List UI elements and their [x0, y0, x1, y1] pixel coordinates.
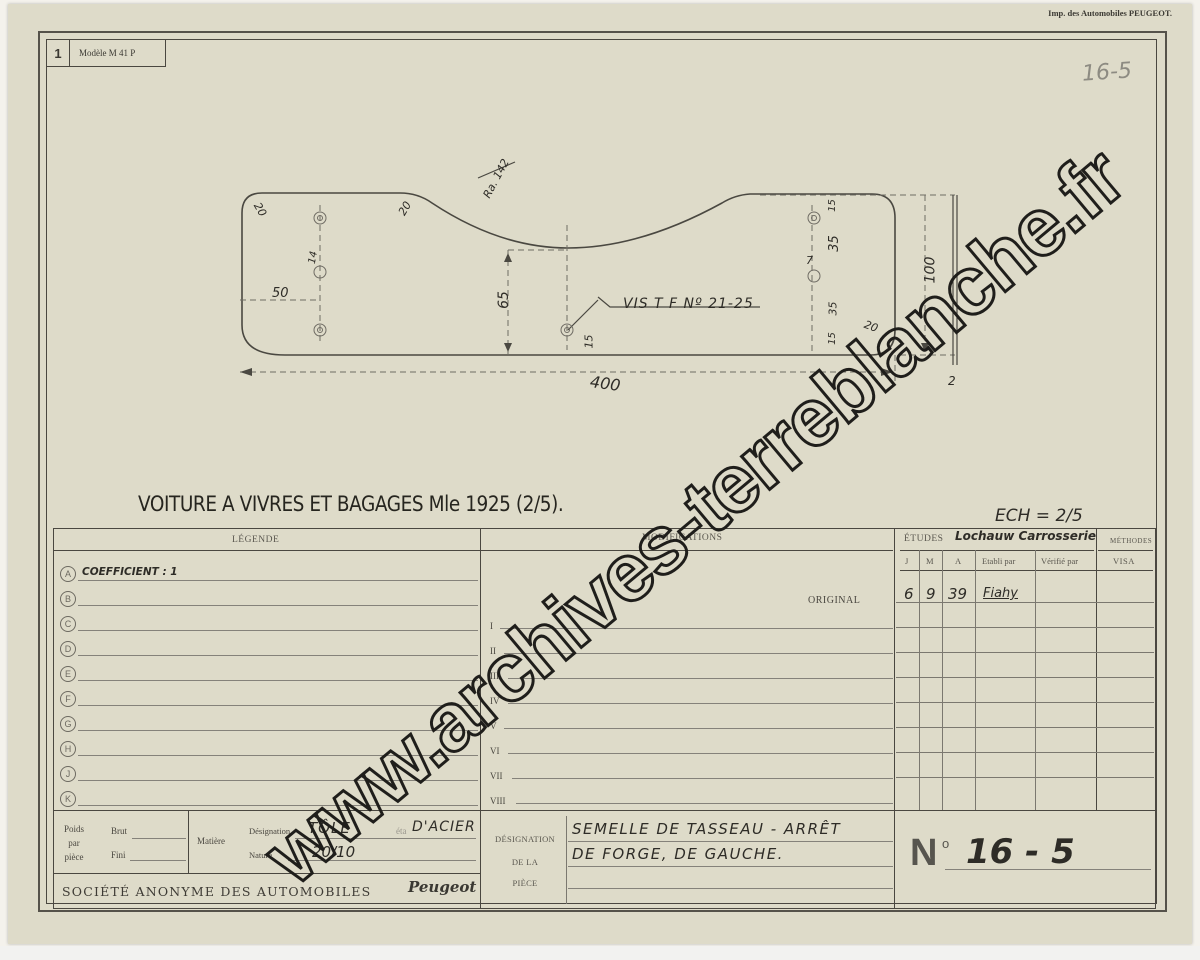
legende-row-k: K	[60, 789, 76, 809]
legende-row-g: G	[60, 714, 76, 734]
col-header-etabli: Etabli par	[982, 556, 1015, 566]
piece-line	[568, 841, 893, 842]
legende-line	[78, 680, 478, 681]
modification-row-8: VIII	[490, 796, 506, 806]
fini-field[interactable]	[130, 860, 186, 861]
legende-letter: J	[60, 766, 76, 782]
dim-center-hole: 15	[583, 335, 596, 349]
legende-letter: E	[60, 666, 76, 682]
piece-brace	[566, 816, 567, 904]
etudes-row-line	[896, 752, 1154, 753]
legende-letter: B	[60, 591, 76, 607]
matiere-label: Matière	[197, 836, 225, 846]
etudes-row-line	[896, 702, 1154, 703]
part-drawing	[0, 0, 1200, 960]
legende-row-h: H	[60, 739, 76, 759]
piece-name-line-1[interactable]: SEMELLE DE TASSEAU - ARRÊT	[572, 820, 841, 838]
part-number-degree: o	[942, 836, 949, 851]
legende-line	[78, 655, 478, 656]
legende-letter: H	[60, 741, 76, 757]
piece-line	[568, 866, 893, 867]
table-bottom-border	[53, 908, 1156, 909]
poids-label: Poids par pièce	[62, 822, 86, 864]
modification-row-7: VII	[490, 771, 503, 781]
entry-month[interactable]: 9	[926, 585, 936, 603]
etudes-department: Lochauw Carrosserie	[955, 529, 1096, 543]
dim-hole-edge-top: 15	[827, 199, 838, 212]
methodes-header-divider	[1098, 550, 1153, 551]
brut-field[interactable]	[132, 838, 186, 839]
screw-note: VIS T F Nº 21-25	[623, 296, 754, 312]
col-header-a: A	[955, 556, 962, 566]
brand-logo: Peugeot	[408, 878, 476, 896]
legende-value-a[interactable]: COEFFICIENT : 1	[82, 566, 178, 578]
legende-row-c: C	[60, 614, 76, 634]
col-header-m: M	[926, 556, 934, 566]
col-header-verifie: Vérifié par	[1041, 556, 1078, 566]
original-label: ORIGINAL	[808, 595, 860, 606]
etudes-header: ÉTUDES	[904, 534, 943, 544]
piece-label-3: PIÈCE	[488, 878, 562, 888]
legende-letter: K	[60, 791, 76, 807]
legende-letter: D	[60, 641, 76, 657]
col-header-j: J	[905, 556, 909, 566]
etudes-row-line	[896, 677, 1154, 678]
part-number-value: 16 - 5	[966, 832, 1075, 872]
etudes-col-header-divider	[900, 570, 1153, 571]
dim-overall-length: 400	[589, 372, 622, 395]
table-left-border	[53, 528, 54, 908]
legende-header: LÉGENDE	[232, 535, 279, 545]
col-divider-m	[942, 550, 943, 810]
header-divider	[53, 550, 893, 551]
etudes-row-line	[896, 727, 1154, 728]
entry-year[interactable]: 39	[948, 585, 967, 603]
col-divider-etabli	[1035, 550, 1036, 810]
part-number-label: N	[910, 832, 937, 875]
dim-hole-dia-right: 7	[806, 254, 813, 267]
legende-row-b: B	[60, 589, 76, 609]
legende-letter: A	[60, 566, 76, 582]
col-divider-a	[975, 550, 976, 810]
dim-hole-dia-left: 14	[307, 250, 320, 264]
dim-hole-spacing-1: 35	[827, 235, 842, 252]
piece-line	[568, 888, 893, 889]
legende-line	[78, 630, 478, 631]
legende-letter: C	[60, 616, 76, 632]
col-header-visa: VISA	[1113, 556, 1135, 566]
modification-line[interactable]	[512, 778, 893, 779]
legende-row-f: F	[60, 689, 76, 709]
legende-line	[78, 580, 478, 581]
col-divider-j	[919, 550, 920, 810]
legende-row-d: D	[60, 639, 76, 659]
entry-signature[interactable]: Fiahy	[983, 586, 1018, 601]
etudes-row-line	[896, 627, 1154, 628]
etudes-row-line	[896, 652, 1154, 653]
legende-letter: F	[60, 691, 76, 707]
poids-divider	[188, 810, 189, 873]
dim-hole-offset: 50	[272, 286, 289, 301]
dim-hole-spacing-2: 35	[827, 302, 840, 316]
legende-line	[78, 605, 478, 606]
piece-label-2: DE LA	[488, 857, 562, 867]
drawing-title: VOITURE A VIVRES ET BAGAGES Mle 1925 (2/…	[138, 492, 563, 516]
designation-value-2[interactable]: D'ACIER	[412, 819, 476, 835]
legende-row-j: J	[60, 764, 76, 784]
legende-letter: G	[60, 716, 76, 732]
entry-day[interactable]: 6	[904, 585, 914, 603]
methodes-header: MÉTHODES	[1110, 537, 1152, 545]
fini-label: Fini	[111, 850, 126, 860]
modification-line[interactable]	[508, 703, 893, 704]
block-divider	[53, 810, 1156, 811]
piece-name-line-2[interactable]: DE FORGE, DE GAUCHE.	[572, 845, 784, 863]
societe-divider	[53, 873, 481, 874]
brut-label: Brut	[111, 826, 127, 836]
modification-line[interactable]	[508, 753, 893, 754]
piece-label-1: DÉSIGNATION	[488, 834, 562, 844]
dim-dip-height: 65	[496, 291, 512, 309]
table-right-border	[1155, 528, 1156, 908]
modification-line[interactable]	[516, 803, 893, 804]
dim-thickness: 2	[948, 374, 956, 388]
legende-row-a: A	[60, 564, 76, 584]
legende-row-e: E	[60, 664, 76, 684]
etudes-divider	[900, 550, 1094, 551]
modification-line[interactable]	[504, 728, 893, 729]
modifications-divider	[894, 528, 895, 908]
scale-note: ECH = 2/5	[995, 506, 1083, 526]
etudes-row-line	[896, 777, 1154, 778]
part-number-line	[945, 869, 1151, 870]
